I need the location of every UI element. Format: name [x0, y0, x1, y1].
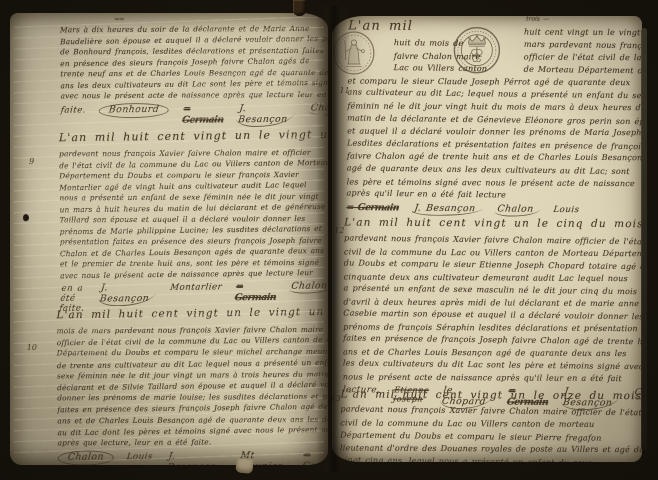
signature: J. Besançon	[165, 450, 226, 465]
entry-opening: L'an mil huit cent vingt un le onze du m…	[341, 388, 642, 402]
register-entry: L'an mil huit cent vingt un le vingt un …	[56, 306, 325, 465]
entry-opening: L'an mil	[348, 19, 413, 34]
signature: Montarlier	[169, 282, 222, 292]
manuscript-line: nous le présent acte de naissance après …	[343, 370, 637, 384]
entry-opening: L'an mil huit cent vingt un le vingt un …	[56, 306, 328, 322]
manuscript-line-left: huit du mois de	[394, 36, 464, 49]
manuscript-line-right: officier de l'état civil de la commune d…	[524, 50, 642, 64]
right-page: L'an miltrois —huit cent vingt un le vin…	[332, 16, 642, 462]
margin-entry-number: 11	[339, 86, 349, 95]
signature-row: ChalonLouisJ. BesançonMt Meunier= Germai…	[58, 448, 326, 465]
interline-insertion: trois —	[526, 16, 549, 23]
signature: J. Besançon	[97, 282, 158, 307]
signature: Louis	[126, 452, 153, 462]
entry-opening-rest: huit cent vingt un le vingt	[524, 27, 640, 38]
entry-opening-line: L'an mil huit cent vingt un le vingt un …	[59, 128, 323, 149]
manuscript-line-left: Lac ou Villers canton	[394, 61, 488, 75]
signature: = Germain	[346, 202, 400, 213]
margin-entry-number: 10	[27, 343, 37, 352]
signature: Bonhourd	[98, 103, 170, 119]
ink-squiggle: ≈≈	[114, 15, 124, 23]
signature: J. Besançon	[235, 103, 296, 128]
signature: = Germain	[302, 449, 328, 465]
margin-entry-number: 9	[29, 157, 34, 166]
manuscript-line: après que lecture, leur en a été faite.	[58, 436, 326, 449]
signature: = Germain	[181, 103, 225, 125]
signature: Chalon	[289, 280, 328, 293]
signature: Louis	[553, 205, 580, 215]
right-page-content: L'an miltrois —huit cent vingt un le vin…	[332, 16, 642, 462]
binding-tab	[235, 458, 253, 474]
register-entry: L'an mil huit cent vingt un le vingt un …	[59, 128, 325, 313]
register-entry: L'an mil huit cent vingt un le cinq du m…	[342, 216, 638, 411]
signature: J. Besançon	[411, 202, 483, 216]
signature: Chalon	[57, 450, 115, 465]
manuscript-line: après qu'il leur en a été fait lecture	[346, 187, 638, 203]
manuscript-scan: ≈≈Mars à dix heures du soir de la déclar…	[0, 0, 658, 480]
register-entry: ≈≈Mars à dix heures du soir de la déclar…	[60, 22, 323, 128]
entry-opening: L'an mil huit cent vingt un le vingt un …	[59, 127, 328, 144]
left-page-content: ≈≈Mars à dix heures du soir de la déclar…	[10, 13, 328, 465]
signature: Chalon	[307, 102, 328, 115]
manuscript-line: avec nous le présent acte de naissance a…	[61, 89, 323, 101]
left-page: ≈≈Mars à dix heures du soir de la déclar…	[10, 13, 328, 465]
signature-row: faite.Bonhourd= GermainJ. BesançonChalon…	[61, 101, 323, 128]
signature-row: = GermainJ. BesançonChalonLouis	[346, 202, 638, 218]
page-stack-edge	[641, 28, 647, 450]
register-entry: L'an miltrois —huit cent vingt un le vin…	[346, 18, 640, 218]
entry-opening: L'an mil huit cent vingt un le cinq du m…	[344, 216, 642, 230]
binding-knob	[293, 0, 306, 16]
register-entry: L'an mil huit cent vingt un le onze du m…	[340, 388, 637, 462]
signature: Chalon	[494, 203, 541, 216]
margin-entry-number: 12	[334, 226, 344, 235]
manuscript-line: avec nous le présent acte de naissance a…	[60, 267, 324, 281]
margin-entry-number: 13	[332, 394, 341, 403]
signature: faite.	[60, 106, 86, 116]
signature: = Germain	[234, 281, 278, 303]
